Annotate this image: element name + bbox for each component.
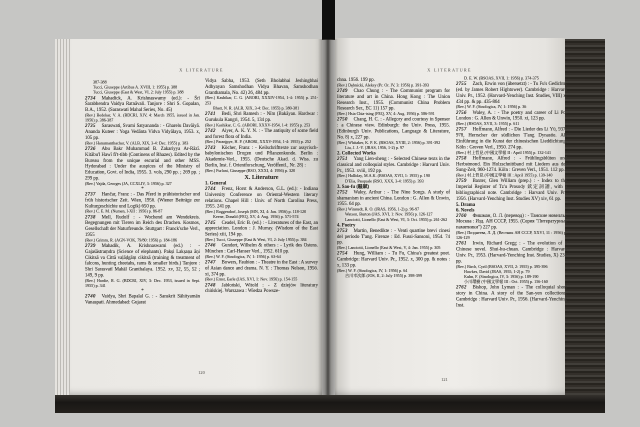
bib-entry-2759: 2759Baxter, Glen William (prep.) : - Ind…	[456, 178, 567, 202]
entry-text: Hoffmann, Alfred : - Die Lieder des Li Y…	[456, 127, 567, 150]
entry-number: 2762	[456, 285, 467, 291]
bib-entry-2761: 2761Irwin, Richard Gregg : - The evoluti…	[456, 241, 567, 265]
bib-entry-2750: 2750Chang, H. C. : - Allegory and courte…	[337, 117, 450, 141]
section-heading: X. Literature	[205, 173, 318, 180]
bib-entry-2752: 2752Waley, Arthur : - The Nine Songs. A …	[337, 189, 450, 207]
entry-text: Фишман, О. Л. (перевод) : - Танские нове…	[456, 213, 567, 230]
entry-text: Martin, Benedikte : - Venti quartine bre…	[337, 228, 450, 245]
bib-entry-2758: 2758Hoffmann, Alfred : - Frühlingsblüten…	[456, 155, 567, 173]
entry-number: 2737	[85, 191, 96, 197]
entry-number: 2758	[456, 155, 467, 161]
right-page-column-2: D. E. W. (BSOAS, XVII, 1: 1956) p. 374-3…	[456, 76, 567, 308]
right-running-header: X LITERATURE	[337, 68, 562, 73]
entry-number: 2750	[337, 117, 348, 123]
bib-entry-2744: 2744Frenz, Horst & Anderson, G.L. (ed.):…	[205, 186, 318, 210]
entry-text: Irwin, Richard Gregg : - The evolution o…	[456, 241, 567, 264]
entry-text: Frenz, Horst & Anderson, G.L. (ed.): - I…	[205, 186, 318, 209]
bib-entry-2762: 2762Bishop, John Lyman : - The colloquia…	[456, 285, 567, 309]
entry-number: 2759	[456, 178, 467, 184]
entry-number: 2752	[337, 189, 348, 195]
entry-number: 2754	[337, 251, 348, 257]
bib-entry-2734: 2734Mahadick, A. Krishnaswamy (ed.): - Ś…	[85, 95, 200, 113]
entry-text: Mell, Rudolf : - Wochend am Wendekreis. …	[85, 214, 200, 237]
entry-number: 2748	[205, 282, 216, 288]
bib-entry-2745: 2745Ceadel, Eric B. (ed.) : - Literature…	[205, 220, 318, 238]
entry-text: Zach, Erwin von (übersetzt) : - Tu Fu's …	[456, 81, 567, 104]
bib-entry-2757: 2757Hoffmann, Alfred : - Die Lieder des …	[456, 127, 567, 151]
entry-number: 2742	[205, 128, 216, 134]
entry-number: 2746	[205, 243, 216, 249]
entry-number: 2735	[85, 123, 96, 129]
entry-number: 2734	[85, 95, 96, 101]
left-page-edge-stack	[55, 39, 70, 395]
entry-text: Jabłoński, Witold : - Z dziejów literatu…	[205, 282, 318, 293]
entry-text: Waley, Arthur : - The Nine Songs. A stud…	[337, 189, 450, 206]
review-line: (Rev.) Позднеева, Л. Д. (Вестник АН СССР…	[456, 230, 567, 240]
entry-number: 2736	[85, 146, 96, 152]
entry-number: 2743	[205, 145, 216, 151]
entry-number: 2751	[337, 156, 348, 162]
bib-entry-2746: 2746Gundert, Wilhelm & others : - Lyrik …	[205, 243, 318, 255]
bib-entry-2742: 2742Aiyer, A. K. Y. N. : - The antiquity…	[205, 128, 318, 140]
left-running-header: X LITERATURE	[85, 68, 318, 73]
review-line: 吉川幸次郎 (JOS, II, 2: July 1955) p. 398-399	[345, 273, 450, 278]
entry-text: Aiyer, A. K. Y. N. : - The antiquity of …	[205, 128, 318, 139]
entry-text: Baxter, Glen William (prep.) : - Index t…	[456, 178, 567, 201]
entry-number: 2739	[85, 243, 96, 249]
entry-text: Ceadel, Eric B. (ed.) : - Literatures of…	[205, 220, 318, 237]
entry-text: Abu Bakr Muhammad B. Zakariyya Ar-Rāzī. …	[85, 146, 200, 181]
bib-entry-2741: 2741Bedi, Shri Ramesh : - Nīm (Bakāyan. …	[205, 111, 318, 123]
review-line: (Rev.) Hardie, R. G. (BDCRI, XIV, 3: Dec…	[85, 278, 200, 288]
entry-number: 2747	[205, 259, 216, 265]
bib-entry-2756: 2756Waley, A. : - The poetry and career …	[456, 110, 567, 122]
bib-entry-2736: 2736Abu Bakr Muhammad B. Zakariyya Ar-Rā…	[85, 146, 200, 181]
review-line: (Rev.) Kashikar, C. G. (ABORI, XXXIV-195…	[205, 96, 318, 106]
bib-entry-2739: 2739Mahadik, A. Krishnaswami (ed.) : - G…	[85, 243, 200, 278]
review-line: Lanciotti, Lionello (East & West, VI, 3:…	[345, 217, 450, 222]
bib-entry-2755: 2755Zach, Erwin von (übersetzt) : - Tu F…	[456, 81, 567, 105]
book-gutter-gap	[322, 0, 335, 40]
entry-text: Chang, H. C. : - Allegory and courtesy i…	[337, 117, 450, 140]
entry-text: Saraswati, Svami Satyananda : - Gharelu …	[85, 123, 200, 140]
bib-entry-2754: 2754Hung, William : - Tu Fu, China's gre…	[337, 251, 450, 269]
entry-text: Köcher, Franz : - Keilschrifttexte zur a…	[205, 145, 318, 168]
bib-entry-2735: 2735Saraswati, Svami Satyananda : - Ghar…	[85, 123, 200, 141]
entry-text: Mahadick, A. Krishnaswamy (ed.): - Śrī Ś…	[85, 95, 200, 112]
entry-text: Hoffmann, Alfred : - Frühlingsblüten und…	[456, 155, 567, 172]
entry-number: 2744	[205, 186, 216, 192]
entry-text: Chao Chung : - The Communist program for…	[337, 88, 450, 111]
entry-number: 2753	[337, 228, 348, 234]
entry-text: Yang Lien-sheng : - Selected Chinese tex…	[337, 156, 450, 173]
bib-entry-2737: 2737Hančar, Franz : - Das Pferd in prähi…	[85, 191, 200, 209]
entry-number: 2761	[456, 241, 467, 247]
left-page-column-2: Vidya Sabha, 1953. (Seth Bholabhai Jeshi…	[205, 78, 318, 294]
entry-text: Bishop, John Lyman : - The colloquial sh…	[456, 285, 567, 308]
bib-entry-2753: 2753Martin, Benedikte : - Venti quartine…	[337, 228, 450, 246]
entry-number: 2755	[456, 81, 467, 87]
bib-entry-2747: 2747Bowers, Faubion : - Theatre in the E…	[205, 259, 318, 277]
entry-number: 2740	[85, 294, 96, 300]
scanned-book-photo: X LITERATURE X LITERATURE 387-388Tucci, …	[0, 0, 640, 427]
bib-entry-2749: 2749Chao Chung : - The Communist program…	[337, 88, 450, 112]
entry-number: 2738	[85, 214, 96, 220]
bib-entry-2743: 2743Köcher, Franz : - Keilschrifttexte z…	[205, 145, 318, 169]
entry-text: Bowers, Faubion : - Theatre in the East …	[205, 259, 318, 276]
entry-number: 2749	[337, 88, 348, 94]
left-page-column-1: 387-388Tucci, Giuseppe (Artibus A. XVIII…	[85, 80, 200, 305]
entry-text: Mahadik, A. Krishnaswami (ed.) : - Gajaś…	[85, 243, 200, 278]
entry-number: 2741	[205, 111, 216, 117]
book-fore-edge	[565, 39, 605, 413]
entry-number: 2745	[205, 220, 216, 226]
entry-text: Vaidya, Shri Bapalal G. : - Sanskrit Sāh…	[85, 294, 200, 305]
entry-number: 2756	[456, 110, 467, 116]
entry-number: 2757	[456, 127, 467, 133]
entry-text: Hančar, Franz : - Das Pferd in prähistor…	[85, 191, 200, 208]
entry-text: Hung, William : - Tu Fu, China's greates…	[337, 251, 450, 268]
bib-entry-2740: 2740Vaidya, Shri Bapalal G. : - Sanskrit…	[85, 294, 200, 306]
book-bottom-edge	[55, 395, 605, 413]
entry-text: Bedi, Shri Ramesh : - Nīm (Bakāyan. Hard…	[205, 111, 318, 122]
continuation-line: Vidya Sabha, 1953. (Seth Bholabhai Jeshi…	[205, 78, 318, 96]
entry-number: 2760	[456, 213, 467, 219]
right-page-number: 121	[337, 377, 552, 382]
review-line: (Rev.) Bedekar, V. A. (BDCRI, XIV, 4: Ma…	[85, 113, 200, 123]
bib-entry-2760: 2760Фишман, О. Л. (перевод) : - Танские …	[456, 213, 567, 231]
book-gutter	[318, 39, 338, 395]
entry-text: Waley, A. : - The poetry and career of L…	[456, 110, 567, 121]
bib-entry-2738: 2738Mell, Rudolf : - Wochend am Wendekre…	[85, 214, 200, 238]
bib-entry-2751: 2751Yang Lien-sheng : - Selected Chinese…	[337, 156, 450, 174]
bib-entry-2748: 2748Jabłoński, Witold : - Z dziejów lite…	[205, 282, 318, 294]
entry-text: Gundert, Wilhelm & others : - Lyrik des …	[205, 243, 318, 254]
left-page-number: 120	[85, 370, 318, 375]
right-page-column-1: chna. 1956. 199 pp.(Rev.) Dębnicki, Alek…	[337, 77, 450, 279]
